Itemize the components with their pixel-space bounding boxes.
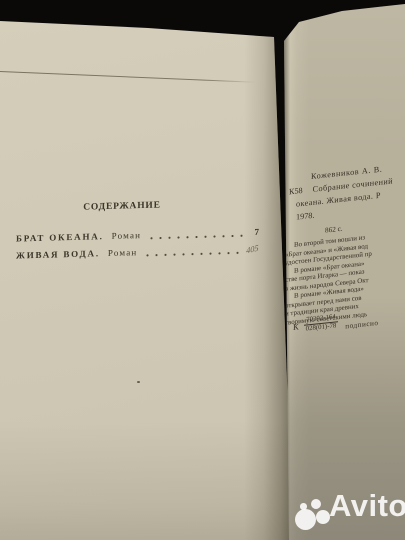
catalog-fraction: 70302-164 028(01)-78	[304, 313, 339, 334]
avito-logo-circle	[311, 499, 321, 509]
toc-page-number: 7	[255, 227, 260, 237]
toc-genre: Роман	[112, 230, 142, 241]
toc-title: ЖИВАЯ ВОДА.	[16, 248, 100, 260]
dot-leader	[147, 231, 248, 243]
contents-block: СОДЕРЖАНИЕ БРАТ ОКЕАНА. Роман 7 ЖИВАЯ ВО…	[0, 0, 280, 540]
avito-logo-circle	[316, 510, 330, 524]
catalog-suffix: подписно	[345, 319, 378, 330]
page-count: 862 с.	[325, 225, 343, 235]
book-photo: СОДЕРЖАНИЕ БРАТ ОКЕАНА. Роман 7 ЖИВАЯ ВО…	[0, 0, 405, 540]
avito-watermark: Avito	[292, 495, 405, 537]
catalog-index-code: К58	[289, 186, 303, 196]
contents-heading: СОДЕРЖАНИЕ	[40, 199, 204, 214]
toc-genre: Роман	[108, 247, 138, 258]
toc-title: БРАТ ОКЕАНА.	[16, 231, 104, 243]
avito-wordmark: Avito	[329, 488, 405, 524]
bibliography-block: Кожевников А. В. К58Собрание сочинений о…	[283, 0, 405, 540]
year-line: 1978.	[296, 211, 314, 222]
toc-list: БРАТ ОКЕАНА. Роман 7 ЖИВАЯ ВОДА. Роман 4…	[16, 227, 259, 268]
avito-logo-circle	[295, 509, 316, 530]
avito-logo-icon	[292, 495, 332, 535]
dot-leader	[143, 248, 240, 260]
catalog-letter: К	[293, 321, 299, 332]
toc-page-number: 405	[246, 242, 259, 255]
